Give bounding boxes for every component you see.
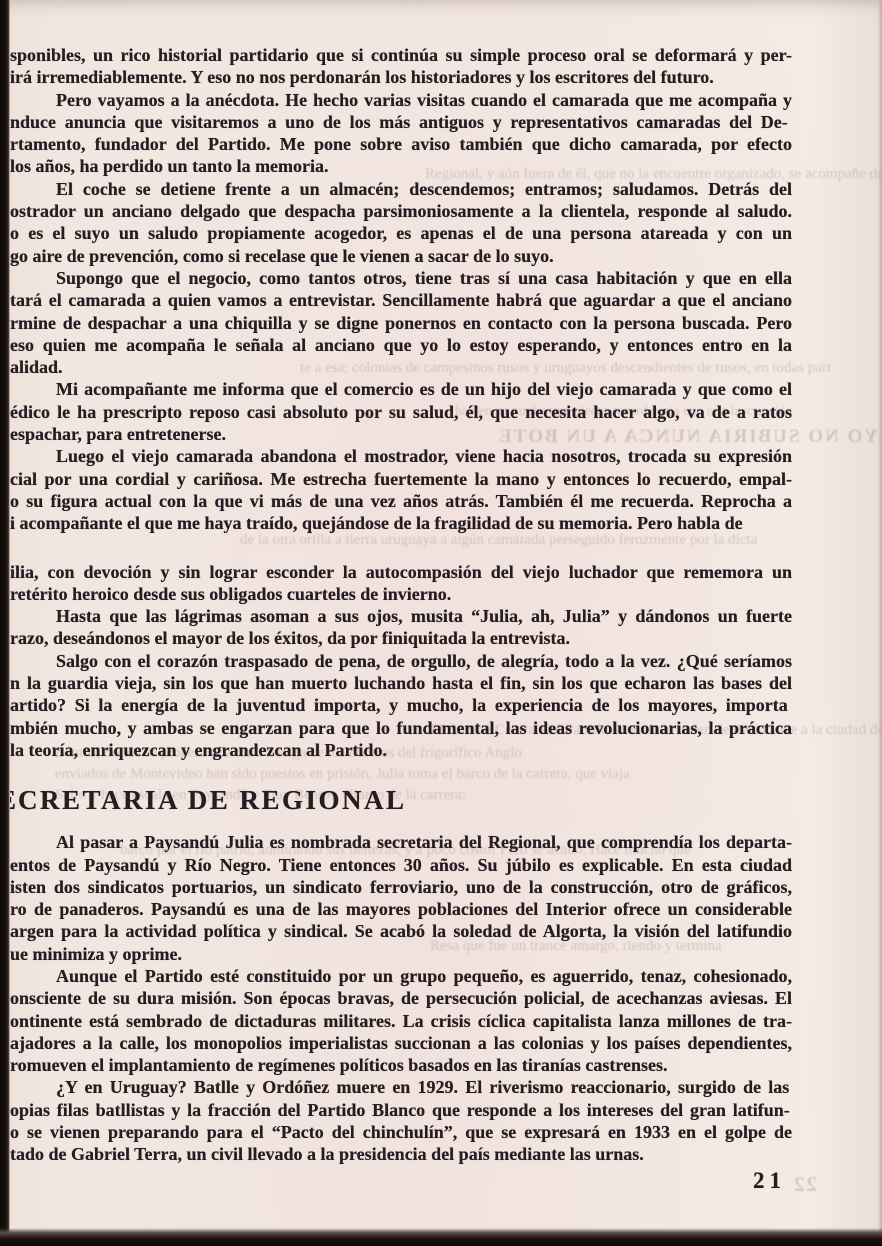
paragraph: Supongo que el negocio, como tantos otro…: [10, 267, 792, 378]
text-line: El coche se detiene frente a un almacén;…: [10, 178, 792, 200]
text-line: artido? Si la energía de la juventud imp…: [10, 694, 792, 716]
page-edge-left-binding: [0, 0, 10, 1246]
paragraph: Luego el viejo camarada abandona el most…: [10, 445, 792, 534]
text-line: sponibles, un rico historial partidario …: [10, 44, 792, 66]
text-line: i acompañante el que me haya traído, que…: [10, 512, 792, 534]
text-line: ajadores a la calle, los monopolios impe…: [10, 1032, 792, 1054]
paragraph: ¿Y en Uruguay? Batlle y Ordóñez muere en…: [10, 1076, 792, 1165]
text-line: la teoría, enriquezcan y engrandezcan al…: [10, 739, 792, 761]
paragraph: Salgo con el corazón traspasado de pena,…: [10, 650, 792, 761]
text-line: ro de panaderos. Paysandú es una de las …: [10, 898, 792, 920]
text-line: ontinente está sembrado de dictaduras mi…: [10, 1010, 792, 1032]
page-edge-right: [878, 0, 882, 1246]
text-line: romueven el implantamiento de regímenes …: [10, 1054, 792, 1076]
paragraph: sponibles, un rico historial partidario …: [10, 44, 792, 89]
text-line: go aire de prevención, como si recelase …: [10, 245, 792, 267]
text-line: retérito heroico desde sus obligados cua…: [10, 583, 792, 605]
text-line: mbién mucho, y ambas se engarzan para qu…: [10, 717, 792, 739]
bleedthrough-text: 22: [792, 1172, 817, 1197]
section-heading: ECRETARIA DE REGIONAL: [10, 785, 792, 815]
text-line: los años, ha perdido un tanto la memoria…: [10, 155, 792, 177]
text-line: cial por una cordial y cariñosa. Me estr…: [10, 468, 792, 490]
text-line: onsciente de su dura misión. Son épocas …: [10, 987, 792, 1009]
text-line: o es el suyo un saludo propiamente acoge…: [10, 222, 792, 244]
text-column: sponibles, un rico historial partidario …: [10, 44, 792, 1166]
text-line: espachar, para entretenerse.: [10, 423, 792, 445]
text-line: rmine de despachar a una chiquilla y se …: [10, 312, 792, 334]
text-line: rtamento, fundador del Partido. Me pone …: [10, 133, 792, 155]
text-line: ostrador un anciano delgado que despacha…: [10, 200, 792, 222]
text-line: ¿Y en Uruguay? Batlle y Ordóñez muere en…: [10, 1076, 792, 1098]
text-line: Salgo con el corazón traspasado de pena,…: [10, 650, 792, 672]
paragraph: Pero vayamos a la anécdota. He hecho var…: [10, 89, 792, 178]
page-edge-bottom: [0, 1228, 882, 1246]
text-line: o su figura actual con la que vi más de …: [10, 490, 792, 512]
text-line: Al pasar a Paysandú Julia es nombrada se…: [10, 831, 792, 853]
text-line: Luego el viejo camarada abandona el most…: [10, 445, 792, 467]
text-line: Pero vayamos a la anécdota. He hecho var…: [10, 89, 792, 111]
text-line: isten dos sindicatos portuarios, un sind…: [10, 876, 792, 898]
text-line: argen para la actividad política y sindi…: [10, 920, 792, 942]
text-line: o se vienen preparando para el “Pacto de…: [10, 1121, 792, 1143]
text-line: n la guardia vieja, sin los que han muer…: [10, 672, 792, 694]
text-line: tará el camarada a quien vamos a entrevi…: [10, 289, 792, 311]
text-line: Aunque el Partido esté constituido por u…: [10, 965, 792, 987]
paragraph: Al pasar a Paysandú Julia es nombrada se…: [10, 831, 792, 965]
text-line: irá irremediablemente. Y eso no nos perd…: [10, 66, 792, 88]
section-heading-text: CRETARIA DE REGIONAL: [18, 785, 407, 815]
text-line: Mi acompañante me informa que el comerci…: [10, 378, 792, 400]
text-line: Hasta que las lágrimas asoman a sus ojos…: [10, 605, 792, 627]
text-line: razo, deseándonos el mayor de los éxitos…: [10, 627, 792, 649]
text-line: ilia, con devoción y sin lograr esconder…: [10, 561, 792, 583]
text-line: nduce anuncia que visitaremos a uno de l…: [10, 111, 792, 133]
clipped-letter: E: [10, 785, 18, 815]
text-line: entos de Paysandú y Río Negro. Tiene ent…: [10, 854, 792, 876]
text-line: tado de Gabriel Terra, un civil llevado …: [10, 1143, 792, 1165]
text-line: eso quien me acompaña le señala al ancia…: [10, 334, 792, 356]
page-number: 21: [753, 1168, 786, 1194]
paragraph: ilia, con devoción y sin lograr esconder…: [10, 561, 792, 606]
text-line: alidad.: [10, 356, 792, 378]
book-page: Regional, y aún fuera de él, que no la e…: [0, 0, 882, 1246]
text-line: édico le ha prescripto reposo casi absol…: [10, 401, 792, 423]
paragraph: Aunque el Partido esté constituido por u…: [10, 965, 792, 1076]
paragraph: Hasta que las lágrimas asoman a sus ojos…: [10, 605, 792, 650]
text-line: opias filas batllistas y la fracción del…: [10, 1099, 792, 1121]
paragraph: Mi acompañante me informa que el comerci…: [10, 378, 792, 445]
text-line: ue minimiza y oprime.: [10, 943, 792, 965]
text-line: Supongo que el negocio, como tantos otro…: [10, 267, 792, 289]
paragraph: El coche se detiene frente a un almacén;…: [10, 178, 792, 267]
